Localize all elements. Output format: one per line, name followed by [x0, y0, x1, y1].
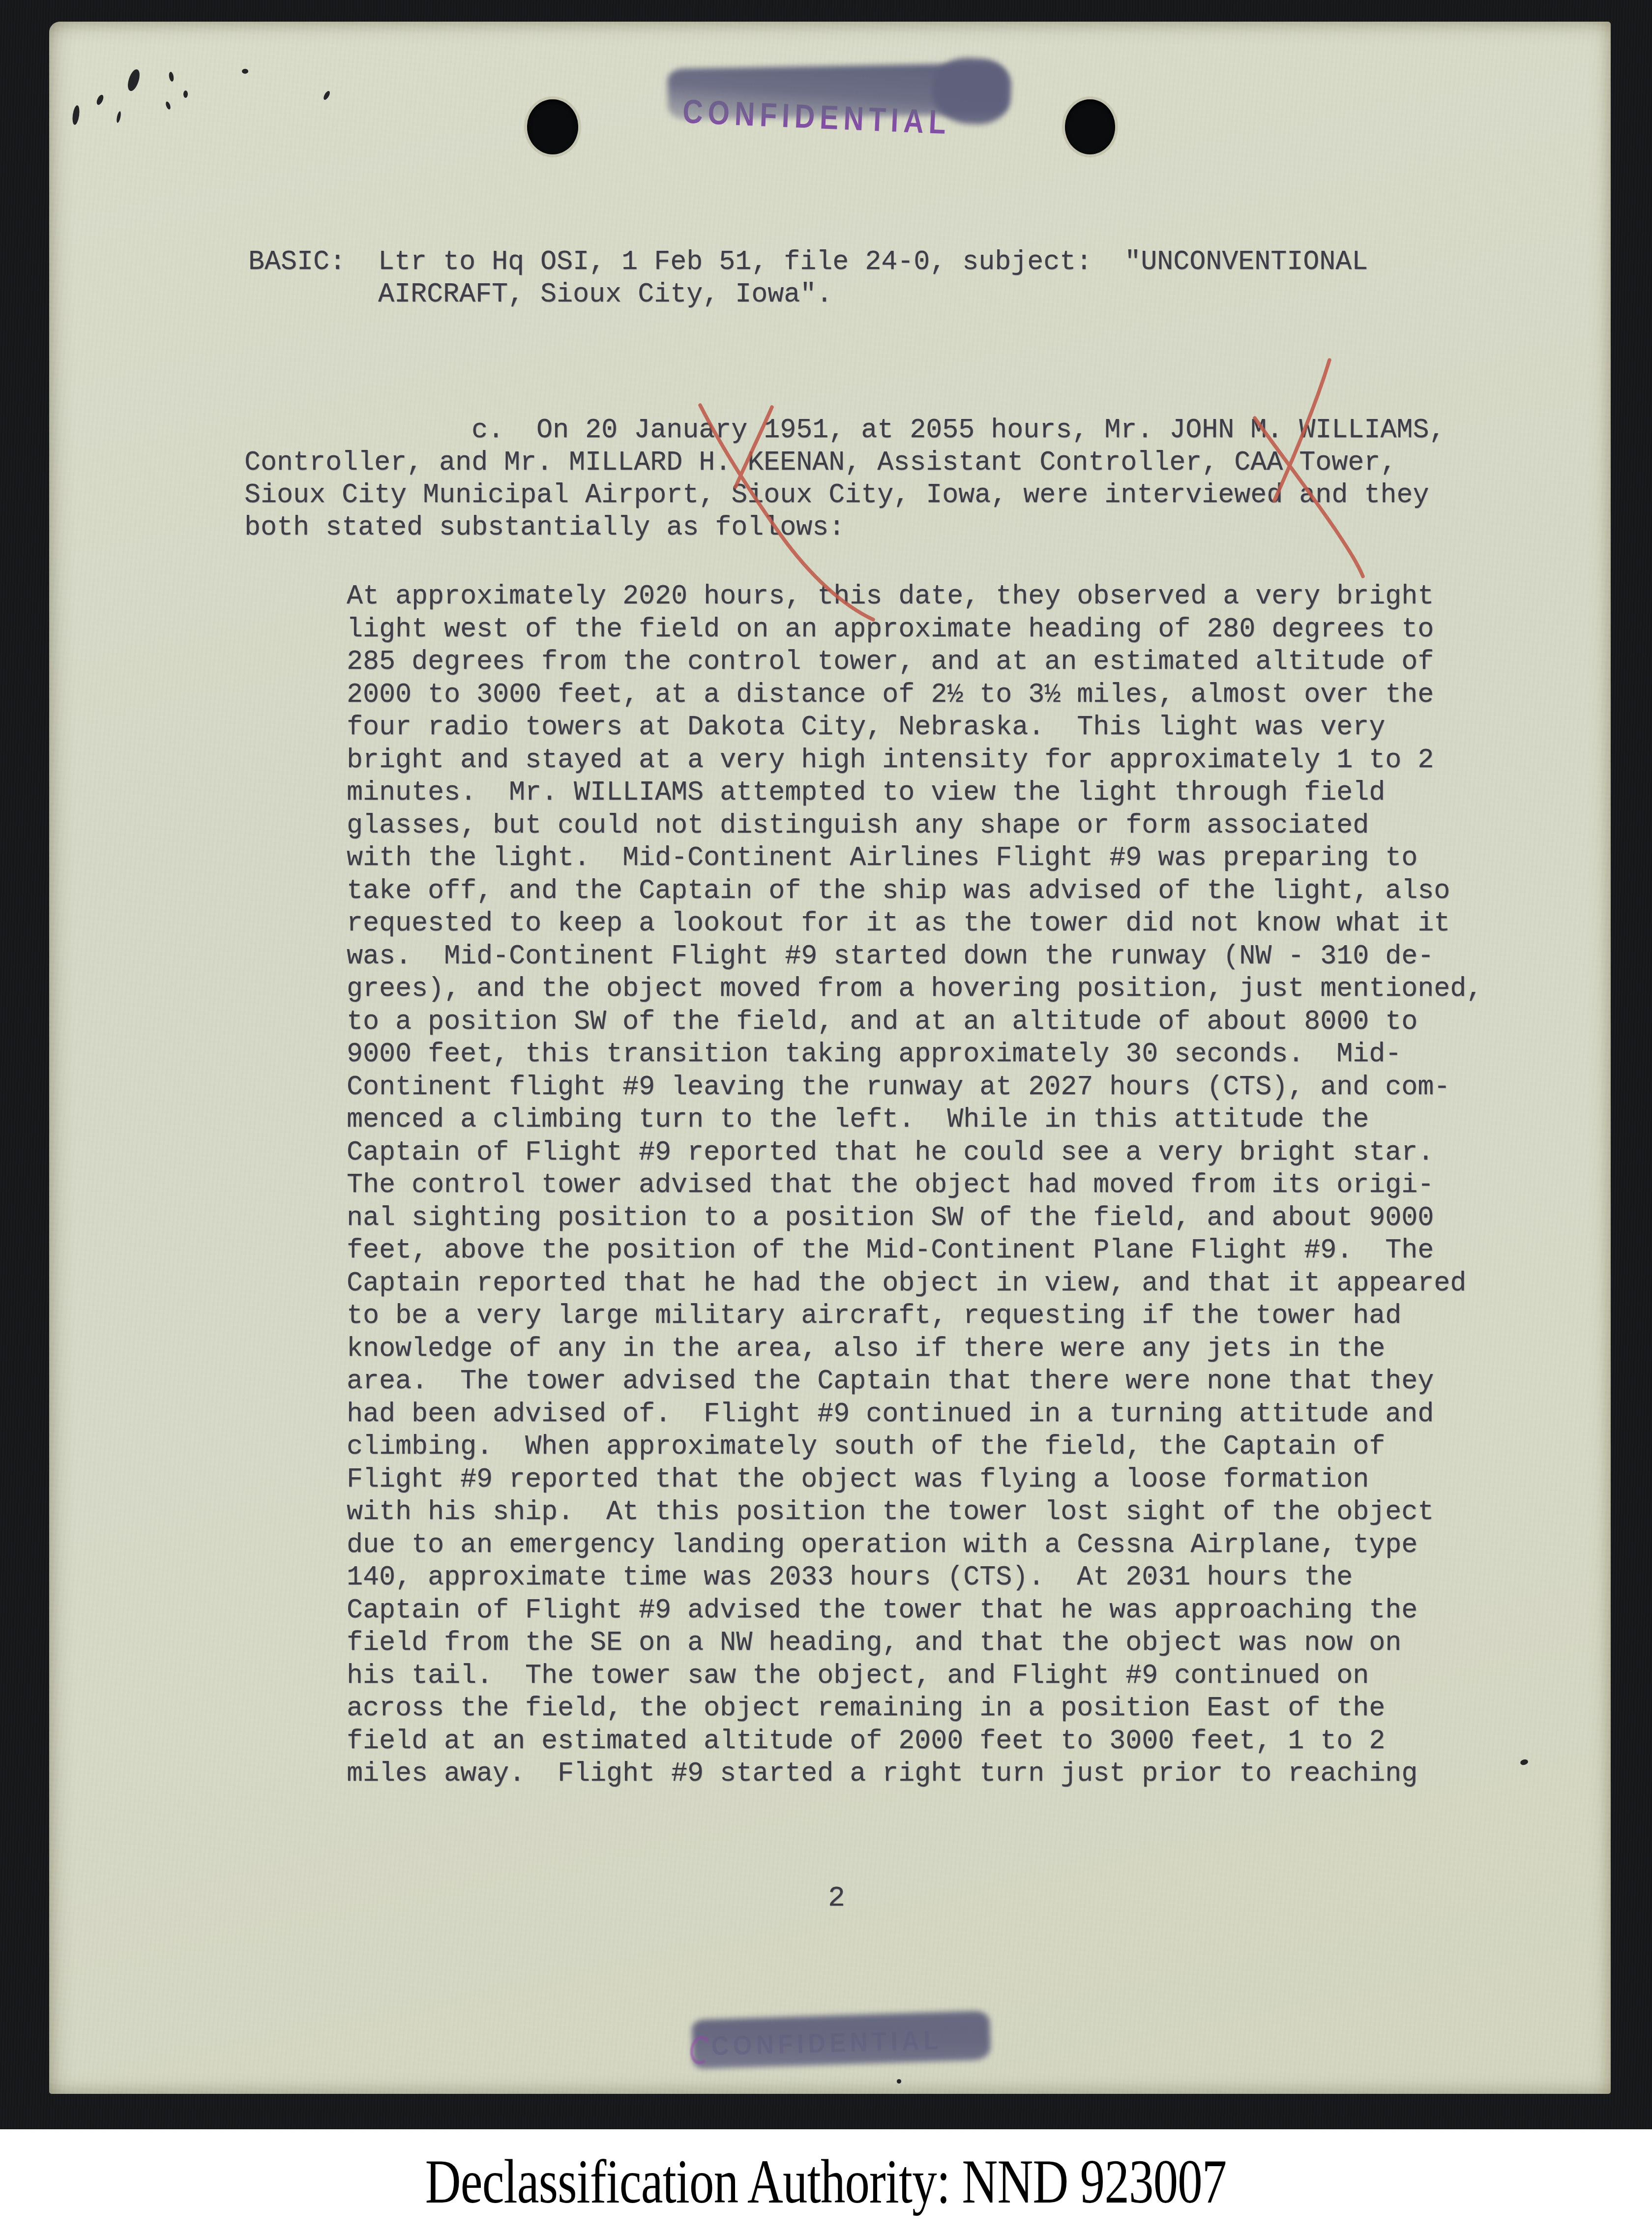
confidential-stamp-top: CONFIDENTIAL [668, 64, 1012, 138]
declassification-authority-text: Declassification Authority: NND 923007 [425, 2147, 1227, 2218]
confidential-stamp-bottom: CONFIDENTIAL [692, 2015, 997, 2072]
ink-speck [183, 90, 188, 98]
ink-speck [897, 2079, 901, 2084]
punch-hole-right [1065, 99, 1115, 154]
punch-hole-left [527, 99, 578, 154]
page-number: 2 [828, 1882, 845, 1915]
reference-line: BASIC: Ltr to Hq OSI, 1 Feb 51, file 24-… [248, 246, 1368, 311]
statement-block: At approximately 2020 hours, this date, … [347, 580, 1482, 1790]
declassification-footer: Declassification Authority: NND 923007 [0, 2129, 1652, 2235]
ink-speck [242, 69, 248, 74]
paragraph-c: c. On 20 January 1951, at 2055 hours, Mr… [244, 414, 1445, 544]
scanned-document: CONFIDENTIAL BASIC: Ltr to Hq OSI, 1 Feb… [0, 0, 1652, 2235]
marker-smudge [692, 2011, 991, 2069]
